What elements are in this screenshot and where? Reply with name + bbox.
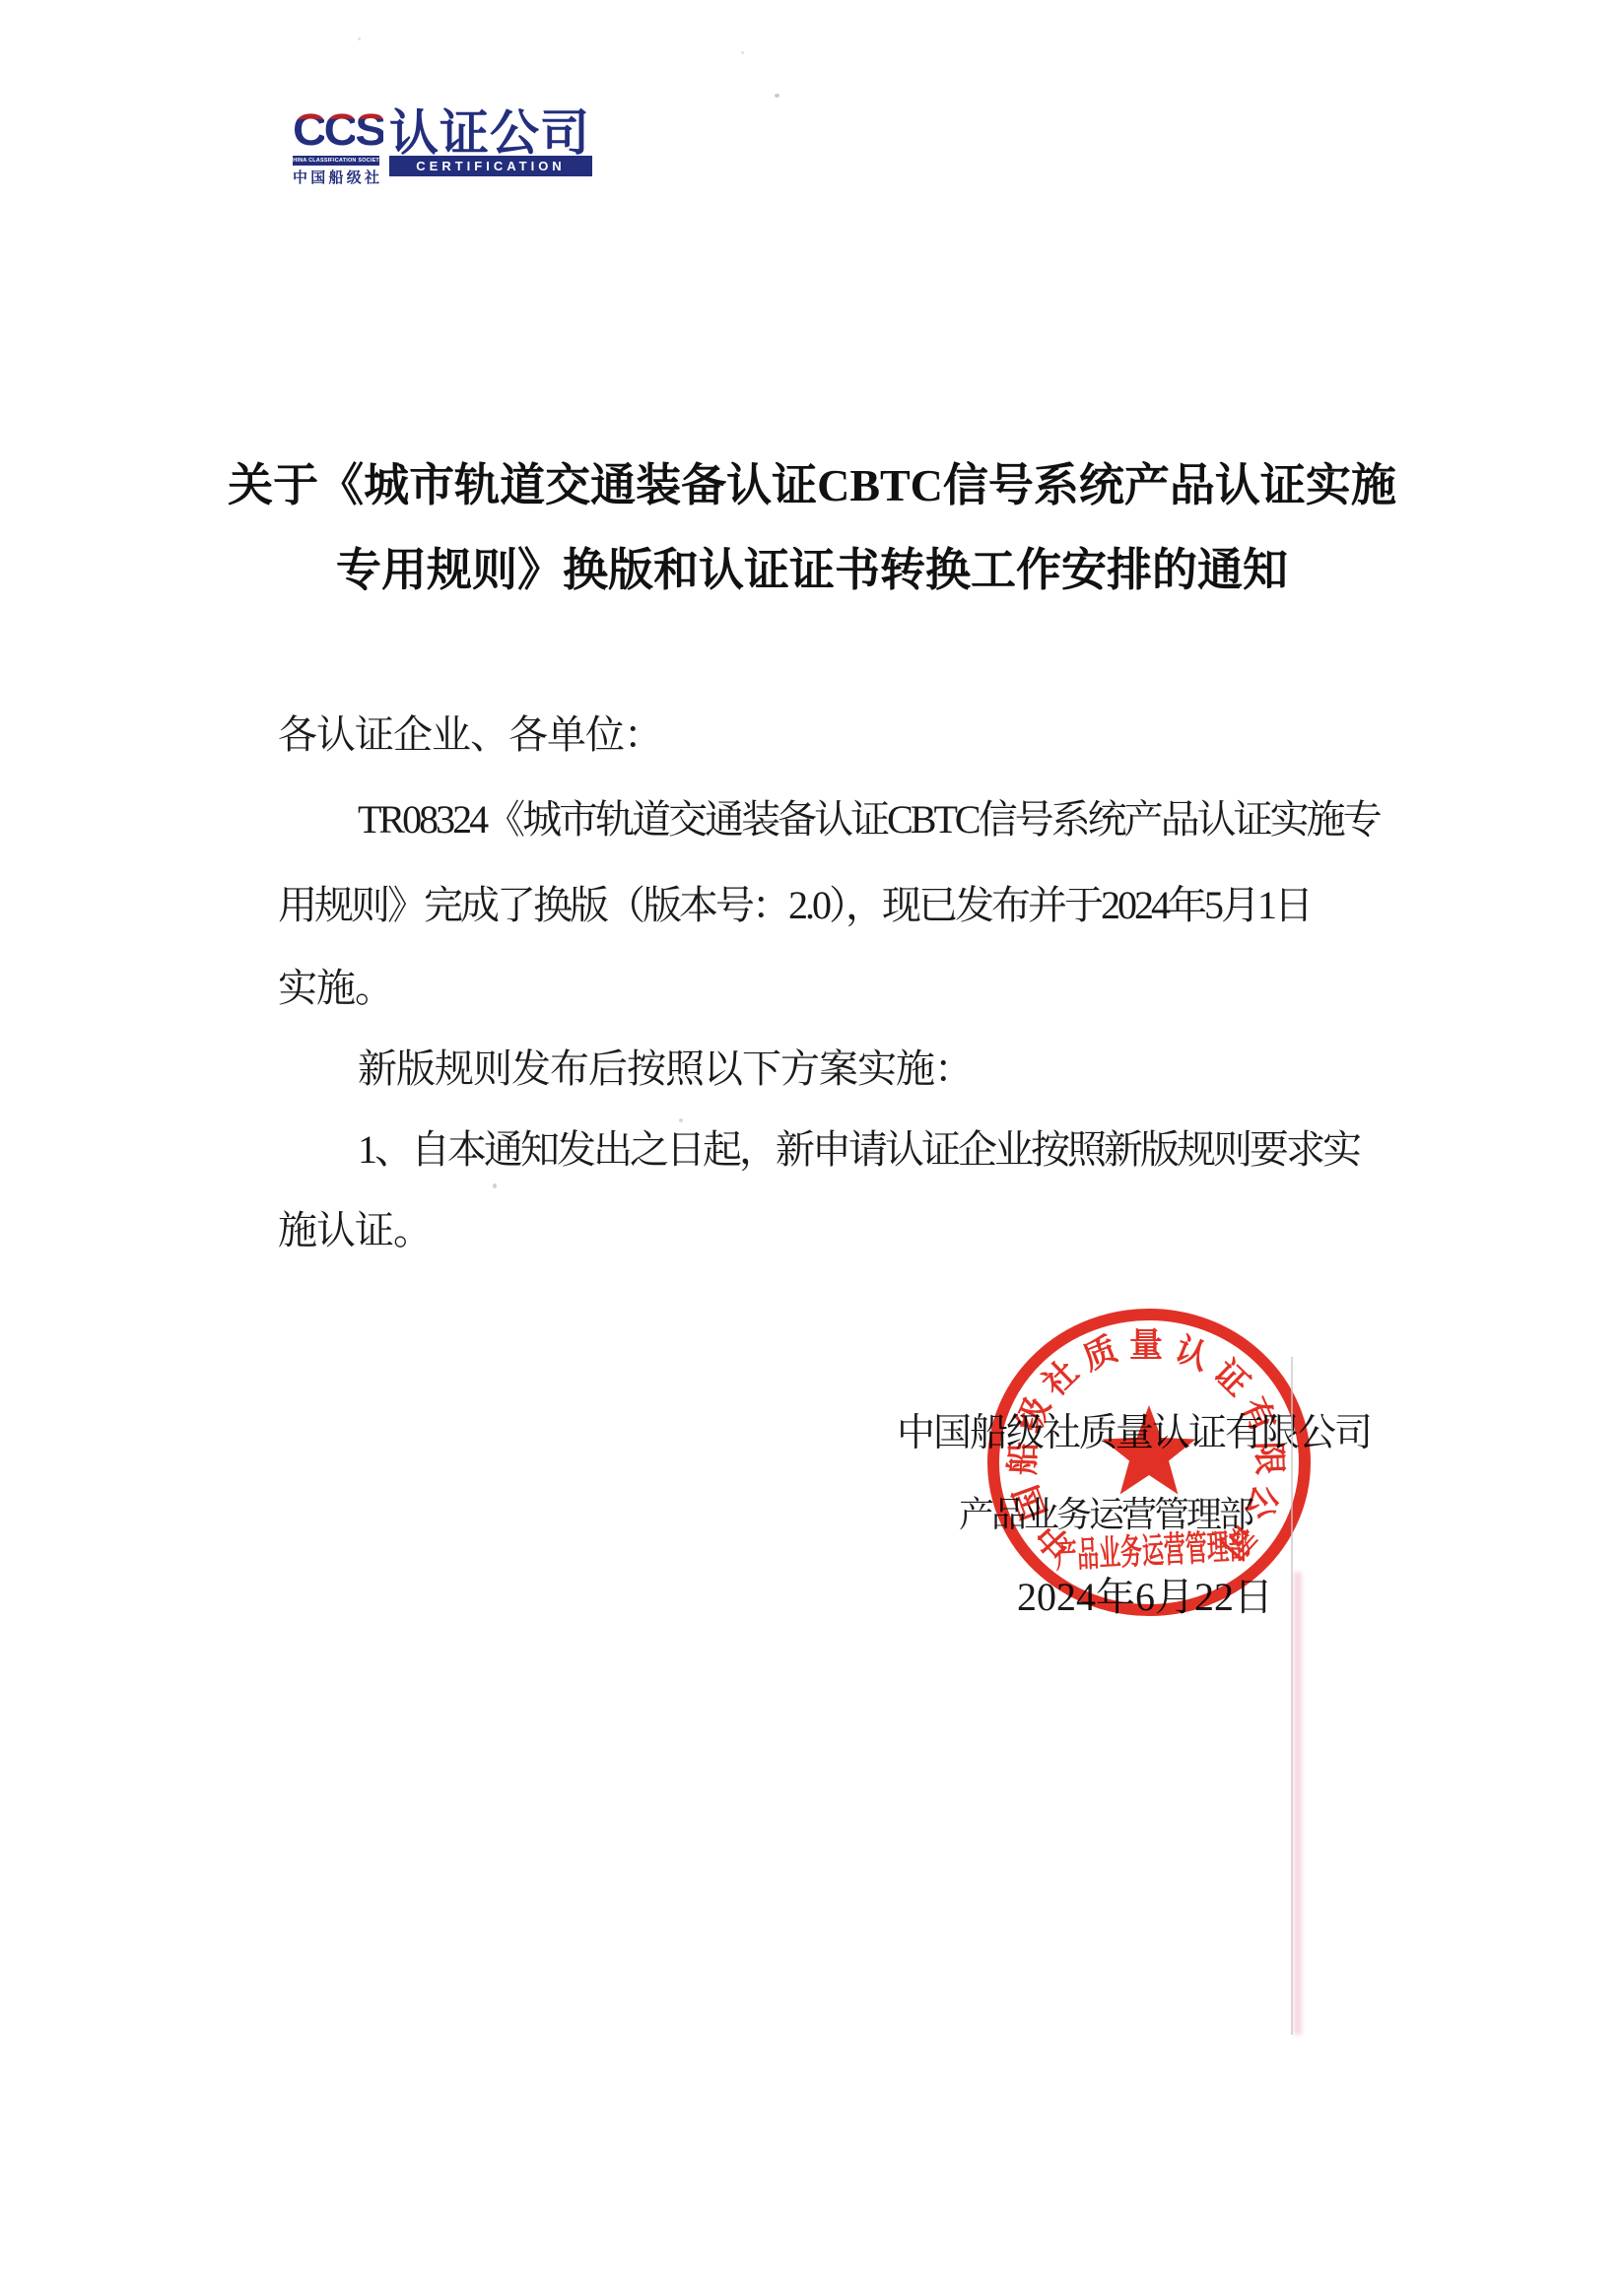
seal-ring-char: 认 [1170,1330,1215,1378]
society-cn-char: 级 [347,167,362,187]
body-line: 用规则》完成了换版（版本号：2.0），现已发布并于2024年5月1日 [278,886,1311,925]
seal-ring-char: 量 [1129,1327,1163,1365]
seal-ring-char: 公 [1238,1480,1283,1524]
notice-document-page: CCS CHINA CLASSIFICATION SOCIETY 中 国 船 级… [0,0,1624,2294]
scan-speck [358,37,361,40]
scan-artifact-line [1294,1572,1302,2035]
society-cn-char: 国 [310,167,325,187]
scan-speck [679,1118,683,1122]
society-cn-char: 社 [365,167,379,187]
scan-speck [775,94,779,98]
scan-speck [493,1183,497,1188]
ccs-logo-left: CCS CHINA CLASSIFICATION SOCIETY 中 国 船 级… [293,110,379,154]
seal-ring-char: 证 [1206,1353,1256,1403]
body-line: 施认证。 [278,1211,432,1250]
ccs-letter: C [324,105,356,155]
society-cn-char: 船 [328,167,343,187]
body-salutation: 各认证企业、各单位： [278,715,662,755]
star-icon [1102,1405,1195,1495]
seal-ring-char: 限 [1250,1441,1288,1475]
scan-artifact-line [1291,1357,1293,2035]
notice-title-line-1: 关于《城市轨道交通装备认证CBTC信号系统产品认证实施 [0,463,1624,508]
society-name-en: CHINA CLASSIFICATION SOCIETY [293,156,379,166]
seal-ring-char: 级 [1010,1392,1058,1439]
society-cn-char: 中 [293,167,307,187]
notice-title-line-2: 专用规则》换版和认证证书转换工作安排的通知 [0,548,1624,593]
seal-ring-char: 国 [1007,1480,1053,1524]
body-line: 新版规则发布后按照以下方案实施： [278,1049,973,1089]
ccs-logo: CCS CHINA CLASSIFICATION SOCIETY 中 国 船 级… [293,110,598,184]
certification-label-en: CERTIFICATION [389,156,592,176]
body-line: TR08324《城市轨道交通装备认证CBTC信号系统产品认证实施专 [278,800,1380,840]
seal-ring-char: 船 [1004,1441,1043,1475]
ccs-letter: C [293,105,324,155]
company-seal-svg: 产品业务运营管理部 中国船级社质量认证有限公司 [969,1289,1329,1636]
seal-ring-char: 质 [1077,1330,1122,1378]
society-name-cn: 中 国 船 级 社 [293,167,379,187]
ccs-letter: S [355,105,383,155]
body-line: 1、自本通知发出之日起，新申请认证企业按照新版规则要求实 [278,1130,1359,1170]
ccs-logo-right: 认证公司 CERTIFICATION [389,110,592,156]
seal-ring-char: 有 [1234,1392,1282,1439]
certification-company-cn: 认证公司 [389,110,592,156]
scan-speck [741,51,744,54]
ccs-acronym: CCS [293,110,379,152]
company-seal: 产品业务运营管理部 中国船级社质量认证有限公司 [969,1289,1329,1636]
body-line: 实施。 [278,969,393,1008]
